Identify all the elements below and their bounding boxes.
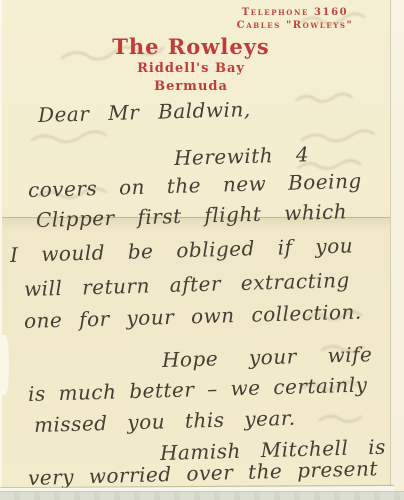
handwriting-line: will return after extracting (24, 268, 350, 301)
handwriting-line: one for your own collection. (24, 300, 362, 333)
letterhead-country: Bermuda (2, 79, 380, 94)
letterhead-contact-block: Telephone 3160 Cables "Rowleys" (230, 6, 360, 32)
letter-paper: Telephone 3160 Cables "Rowleys" The Rowl… (2, 0, 391, 488)
salutation-line: Dear Mr Baldwin, (38, 97, 251, 127)
handwriting-line: covers on the new Boeing (28, 169, 362, 202)
letterhead-telephone: Telephone 3160 (230, 6, 360, 19)
handwriting-line: Herewith 4 (174, 142, 310, 170)
scan-left-edge (0, 0, 2, 488)
handwriting-line: Hope your wife (162, 342, 373, 372)
scan-right-margin (390, 0, 404, 492)
letterhead-name: The Rowleys (2, 34, 380, 59)
handwriting-line: I would be obliged if you (10, 233, 354, 267)
handwriting-line: missed you this year. (34, 406, 296, 437)
letterhead-cables: Cables "Rowleys" (230, 19, 360, 32)
underlying-sheet-edge (0, 491, 404, 500)
scanned-letter: Telephone 3160 Cables "Rowleys" The Rowl… (0, 0, 404, 500)
handwriting-line: is much better – we certainly (28, 373, 368, 406)
scan-light-artifact (2, 335, 9, 395)
letterhead-location: Riddell's Bay (2, 61, 380, 76)
